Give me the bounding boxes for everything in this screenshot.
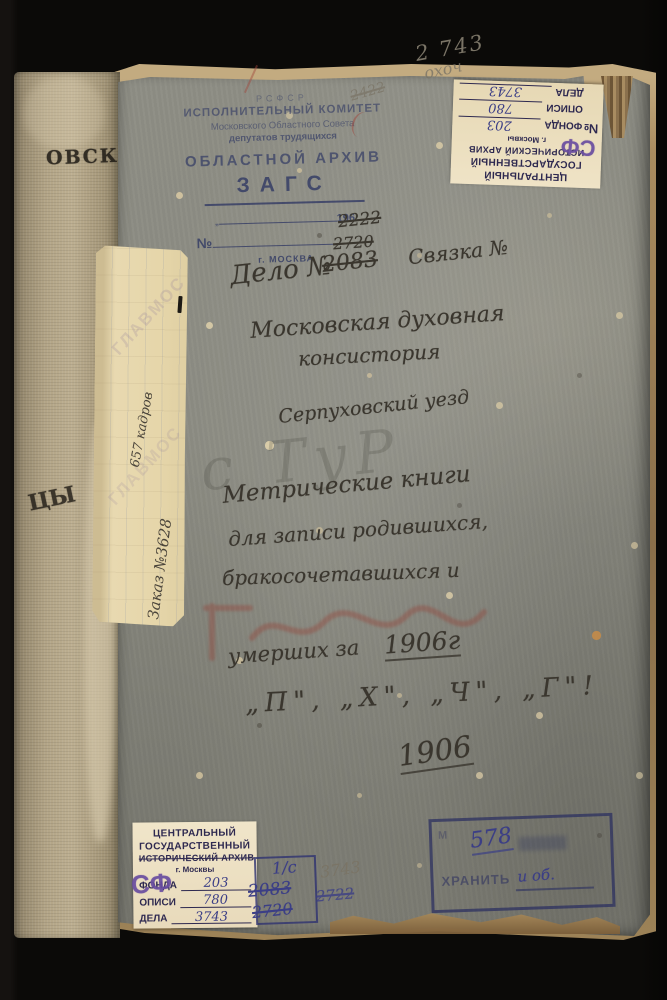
stamp-faded-mark: М xyxy=(438,830,448,842)
label2-delo: ДЕЛА xyxy=(139,914,167,925)
dark-specks xyxy=(118,74,121,77)
fraction-note: 1/с xyxy=(271,857,297,878)
label2-delo-value: 3743 xyxy=(171,911,251,925)
label-delo: ДЕЛА xyxy=(555,86,583,98)
keep-suffix: и об. xyxy=(517,865,556,886)
keep-label: ХРАНИТЬ xyxy=(441,871,510,888)
stamp-zags: ЗАГС xyxy=(175,168,394,202)
keep-underline xyxy=(516,887,594,892)
label2-opis-value: 780 xyxy=(180,894,252,907)
microfilm-order-label: ГЛАВМОС ГЛАВМОС 657 кадров Заказ №3628 xyxy=(92,246,188,627)
sf-purple-stamp-bottom: СФ xyxy=(130,867,173,901)
label2-org-line1: ЦЕНТРАЛЬНЫЙ xyxy=(139,827,251,841)
label-opis: ОПИСИ xyxy=(546,102,583,114)
archival-book-cover-photo: ОВСК. ЦЫ РСФСР ИСПОЛНИТЕЛЬНЫЙ КОМИТЕТ Мо… xyxy=(0,0,667,1000)
label-opis-value: 780 xyxy=(459,99,543,115)
label2-org-line3: ИСТОРИЧЕСКИЙ АРХИВ xyxy=(139,852,251,864)
ink-smudge xyxy=(518,835,566,851)
stamp-number-sign: № xyxy=(196,235,212,251)
crossed-old-delo-1: 2083 xyxy=(247,878,292,902)
spine-inscription-top: ОВСК. xyxy=(46,145,128,170)
label-fond-value: 203 xyxy=(458,116,541,132)
label-delo-value: 3743 xyxy=(459,82,551,98)
sf-purple-stamp: СФ xyxy=(560,132,597,161)
storage-stamp: М 578 ХРАНИТЬ и об. xyxy=(428,813,615,913)
archive-label-bottom: ЦЕНТРАЛЬНЫЙ ГОСУДАРСТВЕННЫЙ ИСТОРИЧЕСКИЙ… xyxy=(132,821,257,928)
archive-label-top-inverted: ЦЕНТРАЛЬНЫЙ ГОСУДАРСТВЕННЫЙ ИСТОРИЧЕСКИЙ… xyxy=(450,79,604,188)
glavmos-watermark: ГЛАВМОС xyxy=(108,273,190,360)
year-inline: 1906г xyxy=(383,625,461,661)
label-fond: ФОНДА xyxy=(544,119,582,131)
label2-fond-value: 203 xyxy=(181,878,251,891)
label2-org-line2: ГОСУДАРСТВЕННЫЙ xyxy=(139,840,251,854)
order-number: Заказ №3628 xyxy=(144,517,175,620)
spine-wear-patch xyxy=(24,78,104,148)
keep-number: 578 xyxy=(468,823,513,856)
crossed-number-beside: 2722 xyxy=(315,884,355,905)
